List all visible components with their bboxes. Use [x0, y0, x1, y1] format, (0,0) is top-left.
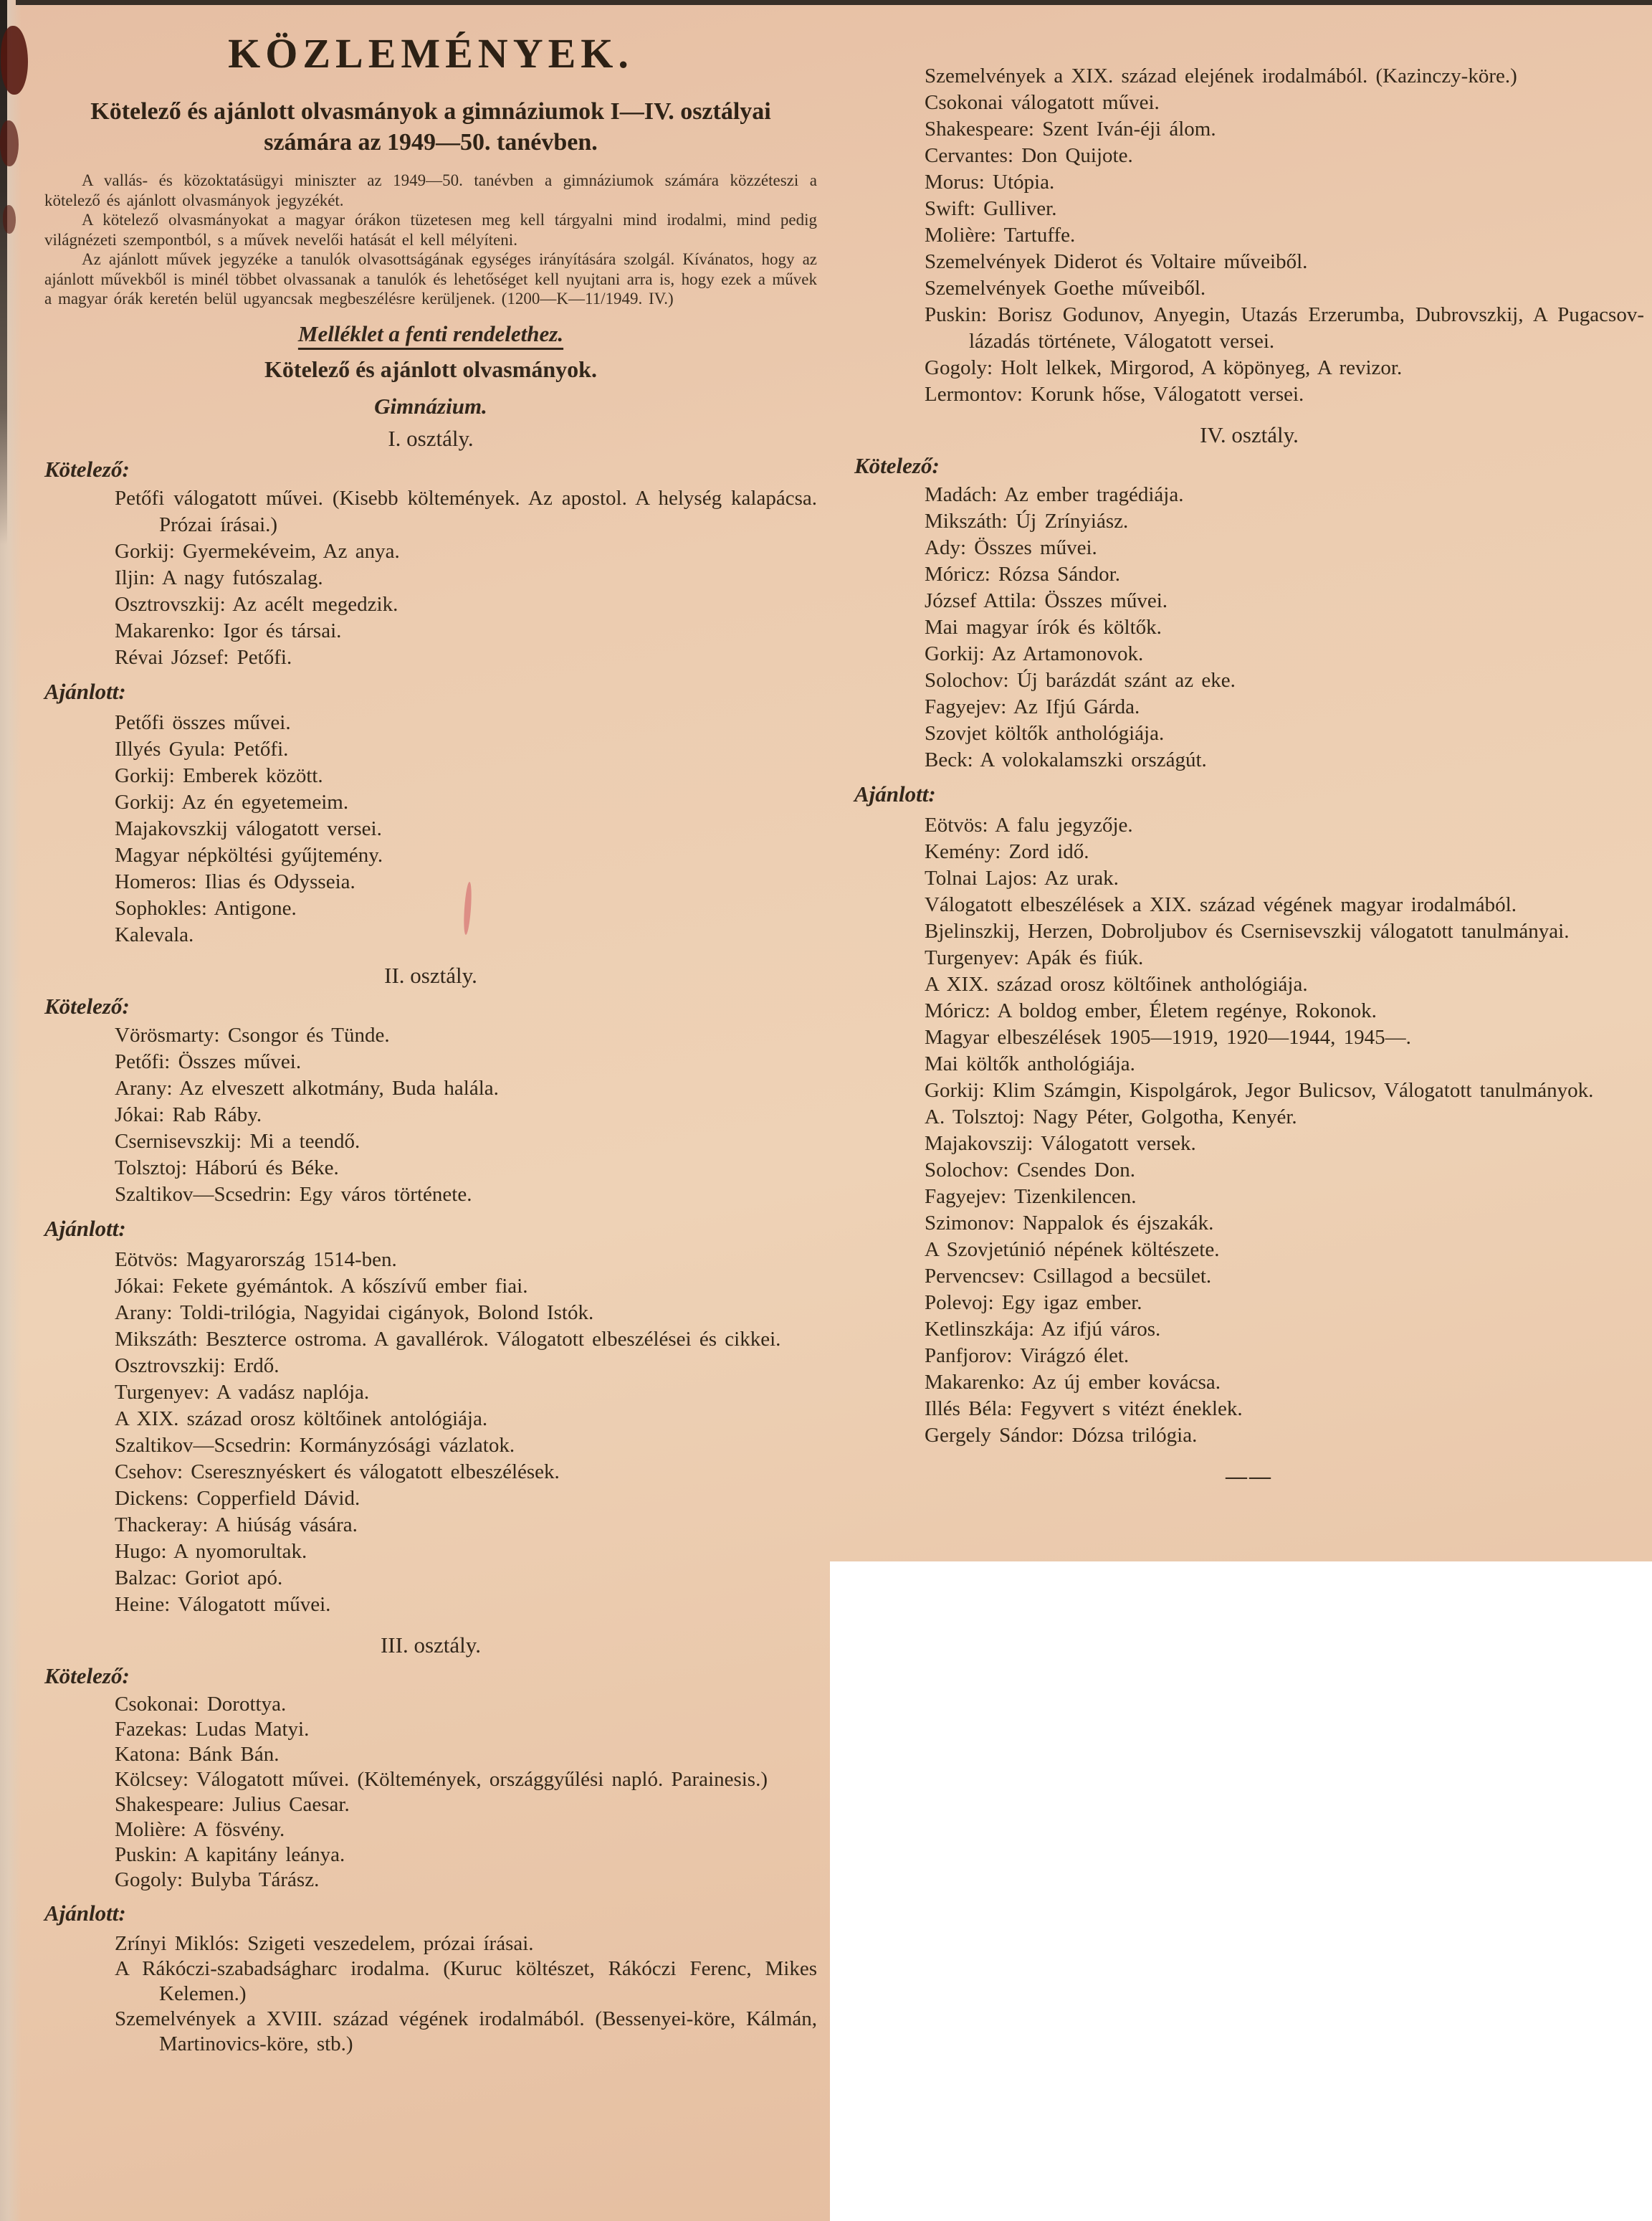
reading-item: Fagyejev: Tizenkilencen. [854, 1184, 1644, 1210]
attachment-note: Melléklet a fenti rendelethez. [44, 320, 817, 348]
reading-item: Polevoj: Egy igaz ember. [854, 1290, 1644, 1316]
reading-item: Szimonov: Nappalok és éjszakák. [854, 1210, 1644, 1237]
reading-item: Révai József: Petőfi. [44, 645, 817, 671]
reading-item: Kemény: Zord idő. [854, 839, 1644, 865]
reading-item: Puskin: Borisz Godunov, Anyegin, Utazás … [854, 302, 1644, 355]
reading-item: A XIX. század orosz költőinek antológiáj… [44, 1406, 817, 1432]
scanned-document-page: KÖZLEMÉNYEK.Kötelező és ajánlott olvasmá… [0, 0, 1652, 2221]
reading-item: Molière: Tartuffe. [854, 222, 1644, 249]
reading-item: Osztrovszkij: Az acélt megedzik. [44, 591, 817, 618]
reading-item: Móricz: A boldog ember, Életem regénye, … [854, 998, 1644, 1024]
reading-item: Katona: Bánk Bán. [44, 1742, 817, 1767]
reading-item: Morus: Utópia. [854, 169, 1644, 196]
reading-item: Szovjet költők anthológiája. [854, 720, 1644, 747]
scan-blank-area [830, 1561, 1652, 2221]
reading-item: A XIX. század orosz költőinek anthológiá… [854, 971, 1644, 998]
reading-item: Solochov: Csendes Don. [854, 1157, 1644, 1184]
reading-item: Mikszáth: Új Zrínyiász. [854, 508, 1644, 535]
reading-item: Pervencsev: Csillagod a becsület. [854, 1263, 1644, 1290]
reading-item: Magyar népköltési gyűjtemény. [44, 842, 817, 869]
scan-corner-mark [0, 120, 19, 166]
reading-item: A Szovjetúnió népének költészete. [854, 1237, 1644, 1263]
reading-item: Fagyejev: Az Ifjú Gárda. [854, 694, 1644, 720]
reading-item: Makarenko: Igor és társai. [44, 618, 817, 645]
reading-item: Osztrovszkij: Erdő. [44, 1353, 817, 1379]
page-title: KÖZLEMÉNYEK. [44, 30, 817, 77]
list-label: Ajánlott: [44, 1899, 817, 1928]
list-label: Ajánlott: [44, 677, 817, 706]
reading-item: Solochov: Új barázdát szánt az eke. [854, 667, 1644, 694]
reading-item: Gorkij: Az én egyetemeim. [44, 789, 817, 816]
reading-item: Tolsztoj: Háború és Béke. [44, 1155, 817, 1181]
reading-item: A Rákóczi-szabadságharc irodalma. (Kuruc… [44, 1956, 817, 2007]
reading-item: Hugo: A nyomorultak. [44, 1538, 817, 1565]
reading-item: Homeros: Ilias és Odysseia. [44, 869, 817, 895]
class-heading: IV. osztály. [854, 421, 1644, 450]
reading-item: Szemelvények Goethe műveiből. [854, 275, 1644, 302]
reading-item: Heine: Válogatott művei. [44, 1592, 817, 1618]
reading-item: Eötvös: A falu jegyzője. [854, 812, 1644, 839]
reading-item: Petőfi összes művei. [44, 710, 817, 736]
reading-item: Puskin: A kapitány leánya. [44, 1842, 817, 1868]
reading-item: Jókai: Rab Ráby. [44, 1102, 817, 1128]
reading-item: Ketlinszkája: Az ifjú város. [854, 1316, 1644, 1343]
reading-item: Zrínyi Miklós: Szigeti veszedelem, próza… [44, 1931, 817, 1956]
reading-item: Cervantes: Don Quijote. [854, 143, 1644, 169]
reading-item: A. Tolsztoj: Nagy Péter, Golgotha, Kenyé… [854, 1104, 1644, 1131]
reading-item: Turgenyev: A vadász naplója. [44, 1379, 817, 1406]
reading-item: Illyés Gyula: Petőfi. [44, 736, 817, 763]
reading-item: Illés Béla: Fegyvert s vitézt éneklek. [854, 1396, 1644, 1422]
reading-item: Gorkij: Emberek között. [44, 763, 817, 789]
list-label: Kötelező: [44, 455, 817, 484]
reading-item: Swift: Gulliver. [854, 196, 1644, 222]
reading-item: Panfjorov: Virágzó élet. [854, 1343, 1644, 1369]
left-column: KÖZLEMÉNYEK.Kötelező és ajánlott olvasmá… [44, 0, 817, 2057]
reading-item: Shakespeare: Julius Caesar. [44, 1792, 817, 1817]
reading-item: Szemelvények Diderot és Voltaire műveibő… [854, 249, 1644, 275]
reading-item: Arany: Toldi-trilógia, Nagyidai cigányok… [44, 1300, 817, 1326]
reading-item: Kölcsey: Válogatott művei. (Költemények,… [44, 1767, 817, 1792]
reading-item: Dickens: Copperfield Dávid. [44, 1485, 817, 1512]
reading-item: Eötvös: Magyarország 1514-ben. [44, 1247, 817, 1273]
class-heading: II. osztály. [44, 961, 817, 990]
reading-item: Mai magyar írók és költők. [854, 614, 1644, 641]
reading-item: Bjelinszkij, Herzen, Dobroljubov és Cser… [854, 918, 1644, 945]
reading-item: Csokonai válogatott művei. [854, 90, 1644, 116]
reading-item: Jókai: Fekete gyémántok. A kőszívű ember… [44, 1273, 817, 1300]
reading-item: Lermontov: Korunk hőse, Válogatott verse… [854, 381, 1644, 408]
reading-item: Gorkij: Gyermekéveim, Az anya. [44, 538, 817, 565]
reading-item: Magyar elbeszélések 1905—1919, 1920—1944… [854, 1024, 1644, 1051]
scan-corner-mark [1, 26, 28, 95]
reading-item: Thackeray: A hiúság vására. [44, 1512, 817, 1538]
reading-item: Csokonai: Dorottya. [44, 1692, 817, 1717]
reading-item: Móricz: Rózsa Sándor. [854, 561, 1644, 588]
reading-item: Mikszáth: Beszterce ostroma. A gavalléro… [44, 1326, 817, 1353]
reading-item: Mai költők anthológiája. [854, 1051, 1644, 1078]
reading-item: Makarenko: Az új ember kovácsa. [854, 1369, 1644, 1396]
end-dash: —— [854, 1465, 1644, 1489]
reading-item: Iljin: A nagy futószalag. [44, 565, 817, 591]
reading-item: Vörösmarty: Csongor és Tünde. [44, 1022, 817, 1049]
reading-item: Szaltikov—Scsedrin: Egy város története. [44, 1181, 817, 1208]
list-label: Ajánlott: [44, 1214, 817, 1243]
reading-item: Balzac: Goriot apó. [44, 1565, 817, 1592]
school-type-heading: Gimnázium. [44, 392, 817, 421]
reading-item: Kalevala. [44, 922, 817, 948]
reading-item: Csehov: Cseresznyéskert és válogatott el… [44, 1459, 817, 1485]
reading-item: Szemelvények a XVIII. század végének iro… [44, 2007, 817, 2057]
reading-item: Majakovszkij válogatott versei. [44, 816, 817, 842]
reading-item: Tolnai Lajos: Az urak. [854, 865, 1644, 892]
list-label: Kötelező: [44, 992, 817, 1021]
reading-item: Petőfi: Összes művei. [44, 1049, 817, 1075]
reading-item: Majakovszij: Válogatott versek. [854, 1131, 1644, 1157]
reading-item: Madách: Az ember tragédiája. [854, 482, 1644, 508]
reading-item: Csernisevszkij: Mi a teendő. [44, 1128, 817, 1155]
reading-item: Gogoly: Holt lelkek, Mirgorod, A köpönye… [854, 355, 1644, 381]
intro-paragraph: Az ajánlott művek jegyzéke a tanulók olv… [44, 249, 817, 309]
reading-item: Fazekas: Ludas Matyi. [44, 1717, 817, 1742]
reading-item: Sophokles: Antigone. [44, 895, 817, 922]
reading-item: Shakespeare: Szent Iván-éji álom. [854, 116, 1644, 143]
intro-paragraph: A kötelező olvasmányokat a magyar órákon… [44, 210, 817, 249]
reading-item: Szemelvények a XIX. század elejének irod… [854, 63, 1644, 90]
reading-item: Gorkij: Az Artamonovok. [854, 641, 1644, 667]
reading-item: Petőfi válogatott művei. (Kisebb költemé… [44, 485, 817, 538]
intro-paragraph: A vallás- és közoktatásügyi miniszter az… [44, 171, 817, 210]
reading-item: Molière: A fösvény. [44, 1817, 817, 1842]
reading-item: Gergely Sándor: Dózsa trilógia. [854, 1422, 1644, 1449]
reading-item: Gogoly: Bulyba Tárász. [44, 1868, 817, 1893]
reading-item: Beck: A volokalamszki országút. [854, 747, 1644, 774]
page-subtitle: Kötelező és ajánlott olvasmányok a gimná… [50, 96, 811, 158]
class-heading: III. osztály. [44, 1631, 817, 1660]
reading-item: Ady: Összes művei. [854, 535, 1644, 561]
reading-item: Gorkij: Klim Számgin, Kispolgárok, Jegor… [854, 1078, 1644, 1104]
scan-corner-mark [3, 205, 16, 234]
reading-item: Turgenyev: Apák és fiúk. [854, 945, 1644, 971]
reading-item: Arany: Az elveszett alkotmány, Buda halá… [44, 1075, 817, 1102]
list-label: Kötelező: [854, 452, 1644, 480]
class-heading: I. osztály. [44, 424, 817, 453]
readings-list-heading: Kötelező és ajánlott olvasmányok. [44, 355, 817, 384]
list-label: Kötelező: [44, 1662, 817, 1690]
right-column: Szemelvények a XIX. század elejének irod… [854, 0, 1644, 1489]
list-label: Ajánlott: [854, 780, 1644, 809]
reading-item: Válogatott elbeszélések a XIX. század vé… [854, 892, 1644, 918]
reading-item: Szaltikov—Scsedrin: Kormányzósági vázlat… [44, 1432, 817, 1459]
reading-item: József Attila: Összes művei. [854, 588, 1644, 614]
